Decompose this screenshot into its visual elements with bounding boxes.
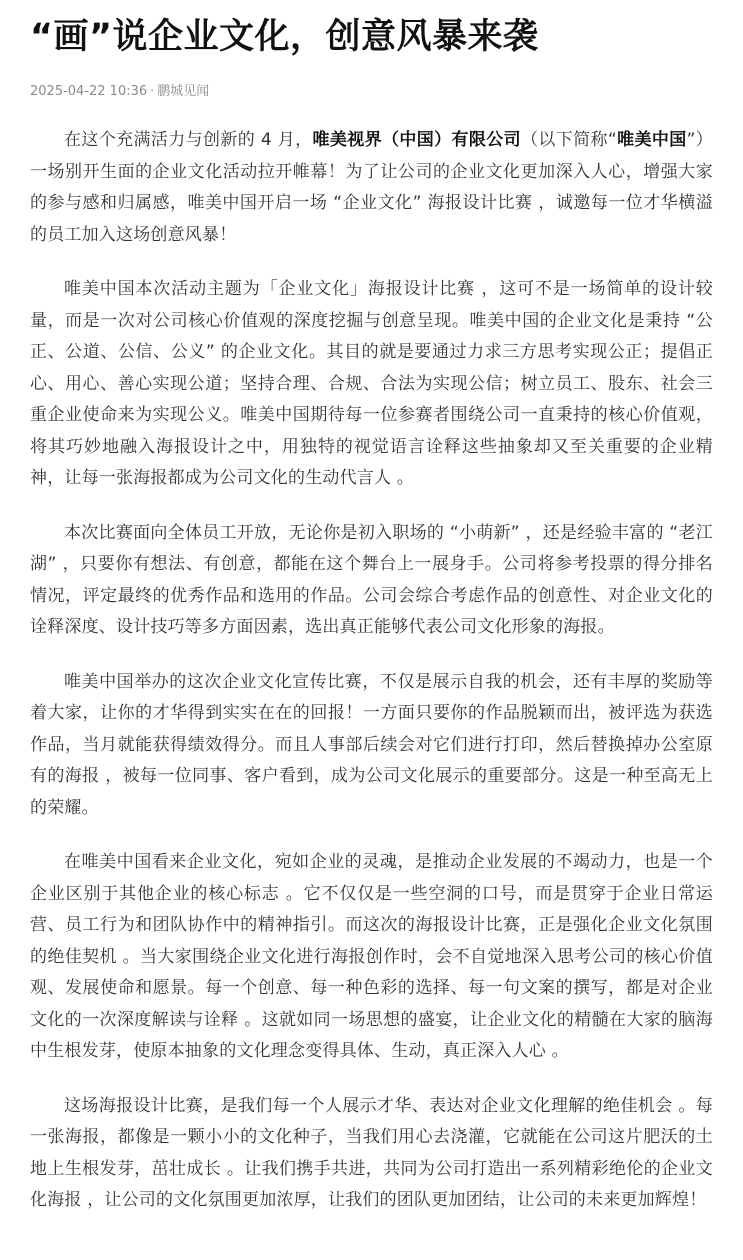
publish-datetime: 2025-04-22 10:36 bbox=[30, 84, 147, 99]
paragraph-closing: 这场海报设计比赛，是我们每一个人展示才华、表达对企业文化理解的绝佳机会 。每一张… bbox=[30, 1091, 713, 1217]
paragraph-eligibility: 本次比赛面向全体员工开放，无论你是初入职场的 “小萌新” ，还是经验丰富的 “老… bbox=[30, 518, 713, 644]
company-name: 唯美视界（中国）有限公司 bbox=[312, 130, 521, 150]
meta-separator: · bbox=[150, 84, 154, 99]
text-segment: 在这个充满活力与创新的 4 月， bbox=[64, 130, 312, 150]
paragraph-rewards: 唯美中国举办的这次企业文化宣传比赛，不仅是展示自我的机会，还有丰厚的奖励等着大家… bbox=[30, 667, 713, 825]
paragraph-intro: 在这个充满活力与创新的 4 月，唯美视界（中国）有限公司（以下简称“唯美中国”）… bbox=[30, 125, 713, 251]
company-short-name: 唯美中国 bbox=[617, 130, 687, 150]
article-body: 在这个充满活力与创新的 4 月，唯美视界（中国）有限公司（以下简称“唯美中国”）… bbox=[30, 125, 713, 1217]
article-title: “画”说企业文化，创意风暴来袭 bbox=[30, 0, 713, 62]
text-segment: （以下简称“ bbox=[521, 130, 617, 150]
article: “画”说企业文化，创意风暴来袭 2025-04-22 10:36·鹏城见闻 在这… bbox=[0, 0, 743, 1217]
paragraph-theme: 唯美中国本次活动主题为「企业文化」海报设计比赛 ，这可不是一场简单的设计较量，而… bbox=[30, 274, 713, 495]
paragraph-culture: 在唯美中国看来企业文化，宛如企业的灵魂，是推动企业发展的不竭动力，也是一个企业区… bbox=[30, 847, 713, 1068]
article-source: 鹏城见闻 bbox=[157, 84, 209, 99]
article-meta: 2025-04-22 10:36·鹏城见闻 bbox=[30, 83, 713, 101]
